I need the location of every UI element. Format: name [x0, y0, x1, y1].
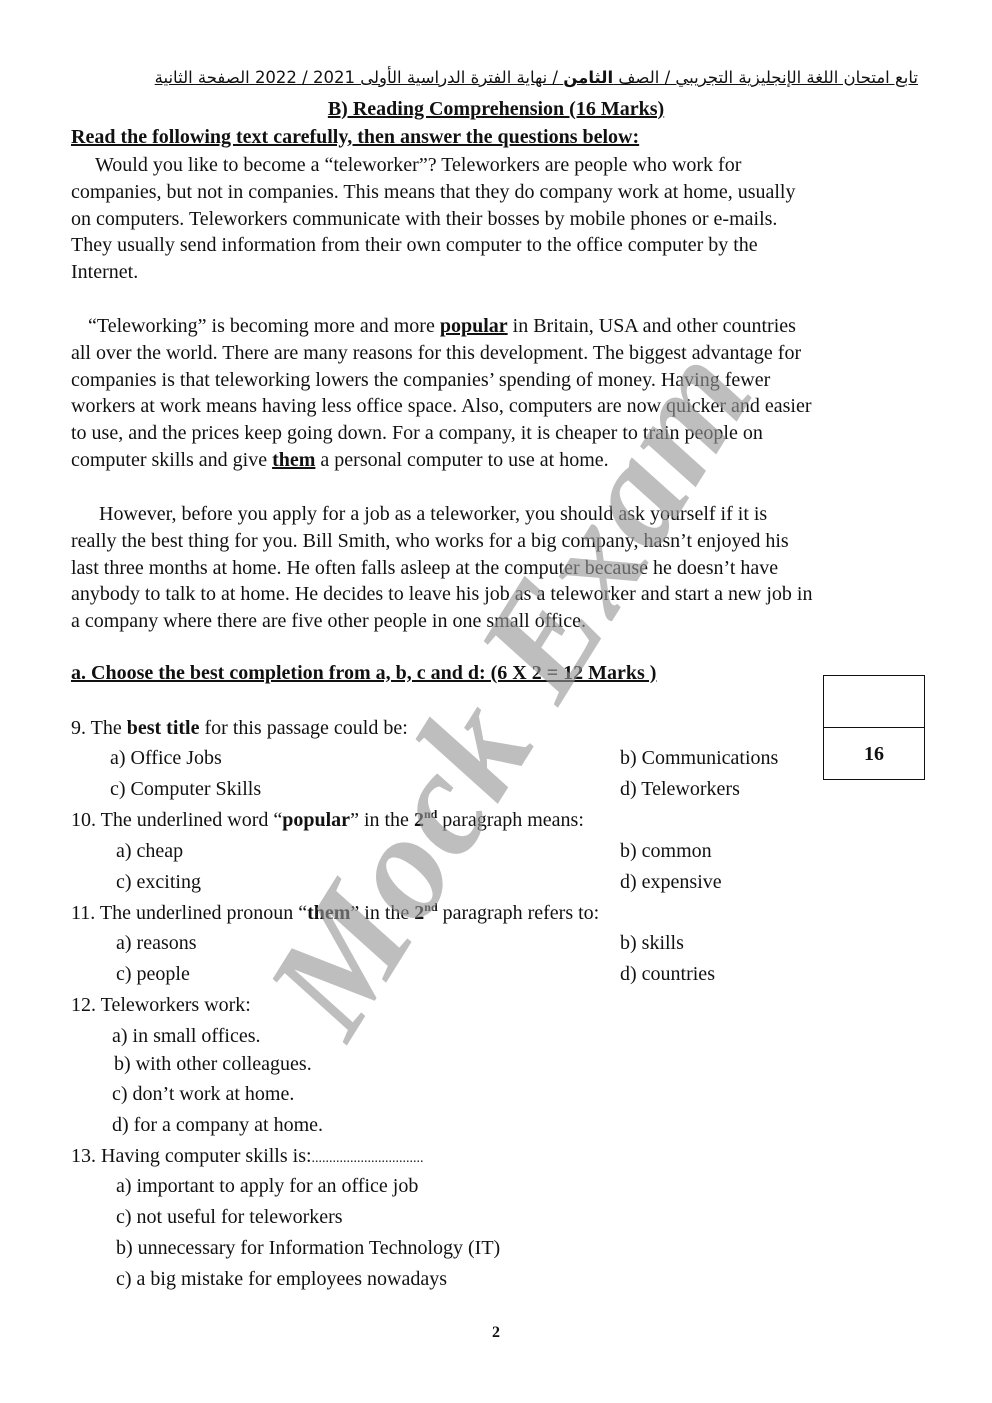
- header-text-part1: تابع امتحان اللغة الإنجليزية التجريبي / …: [613, 68, 918, 87]
- question-12-option-b[interactable]: b) with other colleagues.: [114, 1053, 312, 1076]
- keyword-popular: popular: [440, 315, 508, 337]
- answer-blank[interactable]: ................................: [312, 1151, 424, 1166]
- keyword-them: them: [272, 449, 315, 471]
- passage-line: companies is that teleworking lowers the…: [71, 367, 941, 394]
- question-9-option-a[interactable]: a) Office Jobs: [110, 747, 222, 770]
- question-10-option-d[interactable]: d) expensive: [620, 871, 722, 894]
- header-text-part2: / نهاية الفترة الدراسية الأولى 2021 / 20…: [155, 68, 564, 87]
- questions-heading: a. Choose the best completion from a, b,…: [71, 662, 656, 685]
- question-10-option-a[interactable]: a) cheap: [116, 840, 183, 863]
- passage-line: computer skills and give them a personal…: [71, 447, 941, 474]
- passage-line: However, before you apply for a job as a…: [71, 501, 941, 528]
- passage-line: really the best thing for you. Bill Smit…: [71, 528, 941, 555]
- header-grade: الثامن: [563, 68, 613, 87]
- question-11-option-a[interactable]: a) reasons: [116, 932, 197, 955]
- question-10-stem: 10. The underlined word “popular” in the…: [71, 809, 584, 832]
- question-11-option-d[interactable]: d) countries: [620, 963, 715, 986]
- passage-paragraph-3: However, before you apply for a job as a…: [71, 501, 941, 635]
- question-12-option-c[interactable]: c) don’t work at home.: [112, 1083, 294, 1106]
- question-12-option-a[interactable]: a) in small offices.: [112, 1025, 260, 1048]
- passage-line: on computers. Teleworkers communicate wi…: [71, 206, 941, 233]
- passage-line: Would you like to become a “teleworker”?…: [71, 152, 941, 179]
- page-number: 2: [0, 1324, 992, 1342]
- question-12-option-d[interactable]: d) for a company at home.: [112, 1114, 323, 1137]
- passage-paragraph-2: “Teleworking” is becoming more and more …: [71, 313, 941, 474]
- mark-box: 16: [823, 675, 925, 780]
- question-13-option-c[interactable]: c) not useful for teleworkers: [116, 1206, 343, 1229]
- question-11-stem: 11. The underlined pronoun “them” in the…: [71, 902, 599, 925]
- exam-page: تابع امتحان اللغة الإنجليزية التجريبي / …: [0, 0, 992, 1403]
- section-title: B) Reading Comprehension (16 Marks): [0, 98, 992, 121]
- passage-line: Internet.: [71, 259, 941, 286]
- question-11-option-b[interactable]: b) skills: [620, 932, 684, 955]
- question-10-option-b[interactable]: b) common: [620, 840, 712, 863]
- question-9-option-c[interactable]: c) Computer Skills: [110, 778, 261, 801]
- passage-line: anybody to talk to at home. He decides t…: [71, 581, 941, 608]
- passage-line: last three months at home. He often fall…: [71, 555, 941, 582]
- passage-line: companies, but not in companies. This me…: [71, 179, 941, 206]
- reading-instruction: Read the following text carefully, then …: [71, 126, 639, 149]
- question-11-option-c[interactable]: c) people: [116, 963, 190, 986]
- passage-line: to use, and the prices keep going down. …: [71, 420, 941, 447]
- passage-paragraph-1: Would you like to become a “teleworker”?…: [71, 152, 941, 286]
- question-13-option-a[interactable]: a) important to apply for an office job: [116, 1175, 418, 1198]
- passage-line: a company where there are five other peo…: [71, 608, 941, 635]
- mark-box-score-cell[interactable]: [824, 676, 924, 728]
- passage-line: They usually send information from their…: [71, 232, 941, 259]
- question-13-option-b[interactable]: b) unnecessary for Information Technolog…: [116, 1237, 500, 1260]
- question-9-stem: 9. The best title for this passage could…: [71, 717, 408, 740]
- question-12-stem: 12. Teleworkers work:: [71, 994, 251, 1017]
- passage-line: “Teleworking” is becoming more and more …: [71, 313, 941, 340]
- question-9-option-d[interactable]: d) Teleworkers: [620, 778, 740, 801]
- question-13-option-d[interactable]: c) a big mistake for employees nowadays: [116, 1268, 447, 1291]
- passage-line: all over the world. There are many reaso…: [71, 340, 941, 367]
- arabic-exam-header: تابع امتحان اللغة الإنجليزية التجريبي / …: [72, 68, 918, 87]
- mark-box-total: 16: [824, 728, 924, 780]
- passage-line: workers at work means having less office…: [71, 393, 941, 420]
- question-13-stem: 13. Having computer skills is:..........…: [71, 1145, 424, 1168]
- question-10-option-c[interactable]: c) exciting: [116, 871, 201, 894]
- question-9-option-b[interactable]: b) Communications: [620, 747, 778, 770]
